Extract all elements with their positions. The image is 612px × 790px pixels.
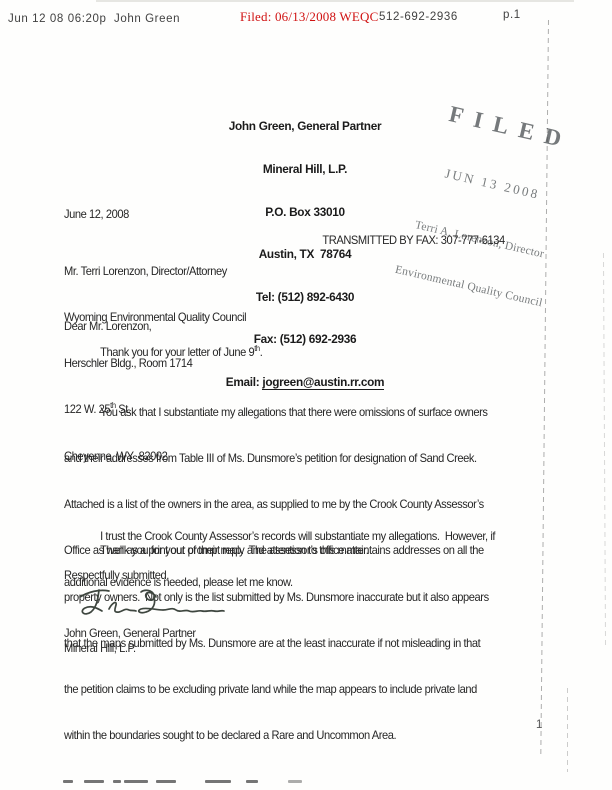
fax-sender-name: John Green <box>114 13 180 25</box>
salutation: Dear Mr. Lorenzon, <box>64 319 151 334</box>
fax-page-indicator: p.1 <box>503 9 521 21</box>
scan-top-smudge <box>96 0 574 2</box>
paragraph-line: and their addresses from Table III of Ms… <box>64 451 489 466</box>
fax-number: 512-692-2936 <box>379 11 458 23</box>
scan-line-artifact <box>567 688 568 772</box>
fax-timestamp: Jun 12 08 06:20p <box>8 13 106 25</box>
transmitted-by-fax: TRANSMITTED BY FAX: 307-777-6134 <box>322 233 504 248</box>
paragraph-1: Thank you for your letter of June 9th. <box>64 345 262 360</box>
stamp-title: FILED <box>407 92 604 161</box>
paragraph-line: the petition claims to be excluding priv… <box>64 682 489 697</box>
signature-scrawl <box>68 584 233 624</box>
paragraph-line: I trust the Crook County Assessor’s reco… <box>64 529 495 544</box>
letter-date: June 12, 2008 <box>64 207 129 222</box>
signer-name: John Green, General Partner <box>64 626 196 641</box>
closing: Respectfully submitted, <box>64 568 169 583</box>
paragraph-4: Thank you for your prompt reply and atte… <box>64 543 368 558</box>
recipient-name: Mr. Terri Lorenzon, Director/Attorney <box>64 264 246 279</box>
paragraph-line: within the boundaries sought to be decla… <box>64 728 489 743</box>
scan-line-artifact <box>603 253 606 645</box>
signer-company: Mineral Hill, L.P. <box>64 641 136 656</box>
paragraph-line: You ask that I substantiate my allegatio… <box>64 405 489 420</box>
filed-annotation: Filed: 06/13/2008 WEQC <box>240 9 379 25</box>
